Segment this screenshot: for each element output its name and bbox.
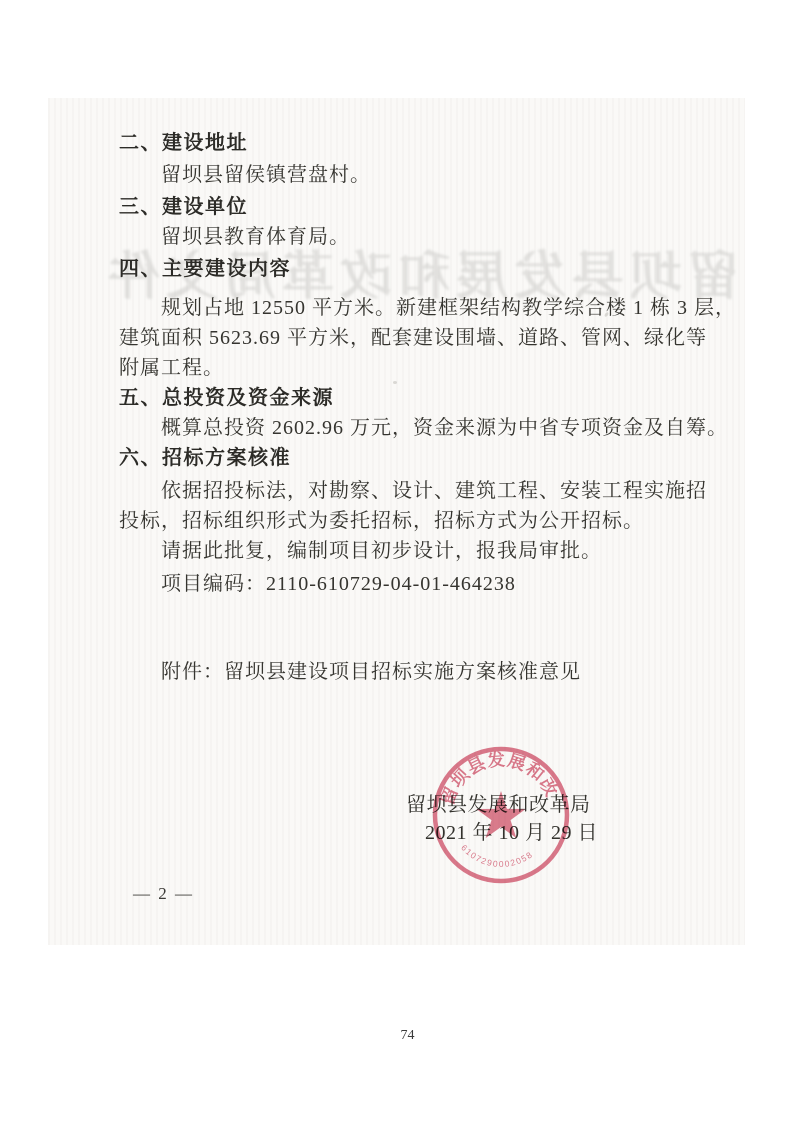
doc-line: 规划占地 12550 平方米。新建框架结构教学综合楼 1 栋 3 层， — [119, 293, 705, 323]
project-code-line: 项目编码：2110-610729-04-01-464238 — [119, 569, 705, 599]
attachment-line: 附件：留坝县建设项目招标实施方案核准意见 — [119, 657, 705, 687]
seal-code-text: 6107290002058 — [459, 843, 535, 869]
doc-line: 依据招投标法，对勘察、设计、建筑工程、安装工程实施招 — [119, 476, 705, 506]
doc-line: 投标，招标组织形式为委托招标，招标方式为公开招标。 — [119, 506, 705, 536]
scan-speck — [393, 381, 397, 384]
section-heading: 三、建设单位 — [119, 192, 705, 222]
signature-date: 2021 年 10 月 29 日 — [425, 822, 598, 844]
doc-line: 留坝县教育体育局。 — [119, 222, 705, 252]
doc-line: 留坝县留侯镇营盘村。 — [119, 160, 705, 190]
section-heading: 四、主要建设内容 — [119, 254, 705, 284]
document-page-number: — 2 — — [133, 885, 194, 903]
signature-organization: 留坝县发展和改革局 — [406, 794, 591, 816]
document-body: 二、建设地址 留坝县留侯镇营盘村。 三、建设单位 留坝县教育体育局。 四、主要建… — [48, 98, 745, 687]
pdf-page-number: 74 — [0, 1028, 793, 1044]
doc-line: 建筑面积 5623.69 平方米，配套建设围墙、道路、管网、绿化等 — [119, 323, 705, 353]
section-heading: 六、招标方案核准 — [119, 443, 705, 473]
doc-line: 概算总投资 2602.96 万元，资金来源为中省专项资金及自筹。 — [119, 413, 705, 443]
section-heading: 五、总投资及资金来源 — [119, 383, 705, 413]
doc-line: 附属工程。 — [119, 353, 705, 383]
doc-line: 请据此批复，编制项目初步设计，报我局审批。 — [119, 536, 705, 566]
section-heading: 二、建设地址 — [119, 128, 705, 158]
scanned-document-page: 留坝县发展和改革局文件 二、建设地址 留坝县留侯镇营盘村。 三、建设单位 留坝县… — [48, 98, 745, 945]
svg-text:6107290002058: 6107290002058 — [459, 843, 535, 869]
